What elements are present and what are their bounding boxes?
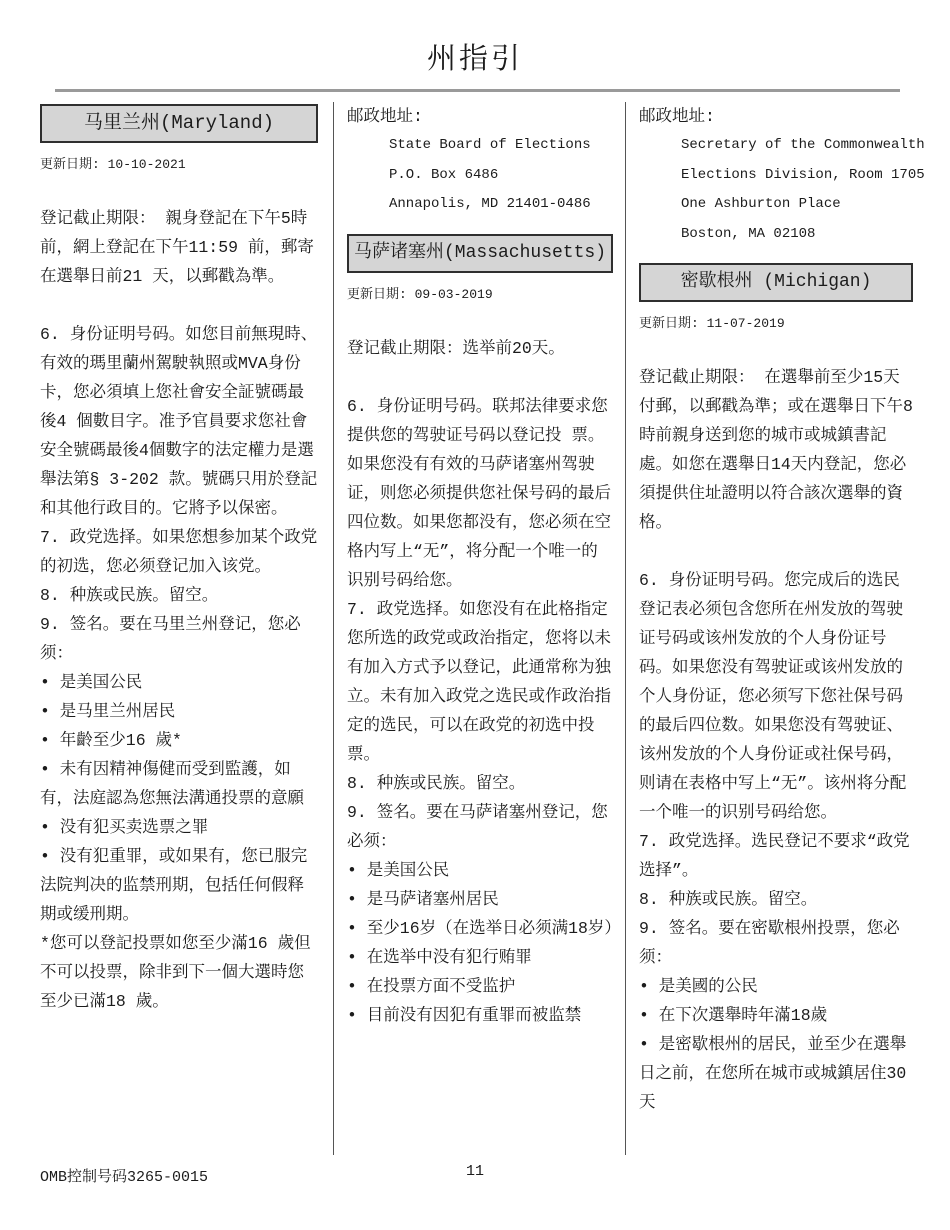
page-title: 州指引 (0, 0, 950, 77)
bullet-item: • 是美国公民 (40, 668, 318, 697)
bullet-item: • 是马萨诸塞州居民 (347, 885, 613, 914)
state-name-header: 马里兰州(Maryland) (40, 104, 318, 143)
spacer (639, 537, 913, 566)
spacer (40, 291, 318, 320)
columns-container: 马里兰州(Maryland)更新日期: 10-10-2021登记截止期限： 親身… (0, 102, 950, 1155)
spacer (639, 334, 913, 363)
mailing-address-label: 邮政地址: (347, 102, 613, 131)
paragraph: 9. 签名。要在马萨诸塞州登记，您必须： (347, 798, 613, 856)
mailing-address-label: 邮政地址: (639, 102, 913, 131)
address-line: One Ashburton Place (639, 190, 913, 220)
address-line: Elections Division, Room 1705 (639, 161, 913, 191)
paragraph: 7. 政党选择。如果您想参加某个政党的初选，您必须登记加入该党。 (40, 523, 318, 581)
column-massachusetts: 邮政地址:State Board of ElectionsP.O. Box 64… (333, 102, 625, 1155)
updated-date: 更新日期: 09-03-2019 (347, 285, 613, 305)
document-page: 州指引 马里兰州(Maryland)更新日期: 10-10-2021登记截止期限… (0, 0, 950, 1230)
bullet-item: • 在下次選舉時年滿18歲 (639, 1001, 913, 1030)
address-line: Secretary of the Commonwealth (639, 131, 913, 161)
paragraph: 7. 政党选择。选民登记不要求“政党选择”。 (639, 827, 913, 885)
spacer (347, 363, 613, 392)
paragraph: 9. 签名。要在密歇根州投票，您必须： (639, 914, 913, 972)
bullet-item: • 年齡至少16 歲* (40, 726, 318, 755)
column-maryland: 马里兰州(Maryland)更新日期: 10-10-2021登记截止期限： 親身… (40, 102, 333, 1155)
bullet-item: • 未有因精神傷健而受到監護，如有，法庭認為您無法溝通投票的意願 (40, 755, 318, 813)
spacer (40, 175, 318, 204)
bullet-item: • 没有犯买卖选票之罪 (40, 813, 318, 842)
page-footer: OMB控制号码3265-0015 11 (0, 1163, 950, 1193)
paragraph: 8. 种族或民族。留空。 (40, 581, 318, 610)
bullet-item: • 是密歇根州的居民，並至少在選舉日之前，在您所在城市或城鎮居住30天 (639, 1030, 913, 1117)
address-line: P.O. Box 6486 (347, 161, 613, 191)
bullet-item: • 是美國的公民 (639, 972, 913, 1001)
paragraph: 6. 身份证明号码。您完成后的选民登记表必须包含您所在州发放的驾驶证号码或该州发… (639, 566, 913, 827)
bullet-item: • 在选举中没有犯行贿罪 (347, 943, 613, 972)
updated-date: 更新日期: 11-07-2019 (639, 314, 913, 334)
paragraph: 8. 种族或民族。留空。 (347, 769, 613, 798)
address-line: Boston, MA 02108 (639, 220, 913, 250)
paragraph: 登记截止期限： 親身登記在下午5時前，網上登記在下午11:59 前，郵寄在選舉日… (40, 204, 318, 291)
bullet-item: • 至少16岁（在选举日必须满18岁） (347, 914, 613, 943)
paragraph: *您可以登記投票如您至少滿16 歲但不可以投票，除非到下一個大選時您至少已滿18… (40, 929, 318, 1016)
state-name-header: 密歇根州 (Michigan) (639, 263, 913, 302)
address-line: Annapolis, MD 21401-0486 (347, 190, 613, 220)
bullet-item: • 没有犯重罪，或如果有，您已服完法院判决的监禁刑期，包括任何假释期或缓刑期。 (40, 842, 318, 929)
paragraph: 6. 身份证明号码。联邦法律要求您提供您的驾驶证号码以登记投 票。如果您没有有效… (347, 392, 613, 595)
paragraph: 7. 政党选择。如您没有在此格指定您所选的政党或政治指定，您将以未有加入方式予以… (347, 595, 613, 769)
address-line: State Board of Elections (347, 131, 613, 161)
title-divider (55, 89, 900, 92)
column-michigan: 邮政地址:Secretary of the CommonwealthElecti… (625, 102, 917, 1155)
paragraph: 6. 身份证明号码。如您目前無現時、有效的瑪里蘭州駕駛執照或MVA身份卡，您必須… (40, 320, 318, 523)
bullet-item: • 在投票方面不受监护 (347, 972, 613, 1001)
updated-date: 更新日期: 10-10-2021 (40, 155, 318, 175)
spacer (347, 305, 613, 334)
bullet-item: • 是马里兰州居民 (40, 697, 318, 726)
page-number: 11 (0, 1163, 950, 1180)
paragraph: 8. 种族或民族。留空。 (639, 885, 913, 914)
state-name-header: 马萨诸塞州(Massachusetts) (347, 234, 613, 273)
bullet-item: • 是美国公民 (347, 856, 613, 885)
paragraph: 9. 签名。要在马里兰州登记，您必须： (40, 610, 318, 668)
paragraph: 登记截止期限：选举前20天。 (347, 334, 613, 363)
bullet-item: • 目前没有因犯有重罪而被监禁 (347, 1001, 613, 1030)
paragraph: 登记截止期限： 在選舉前至少15天付郵，以郵戳為準；或在選舉日下午8時前親身送到… (639, 363, 913, 537)
